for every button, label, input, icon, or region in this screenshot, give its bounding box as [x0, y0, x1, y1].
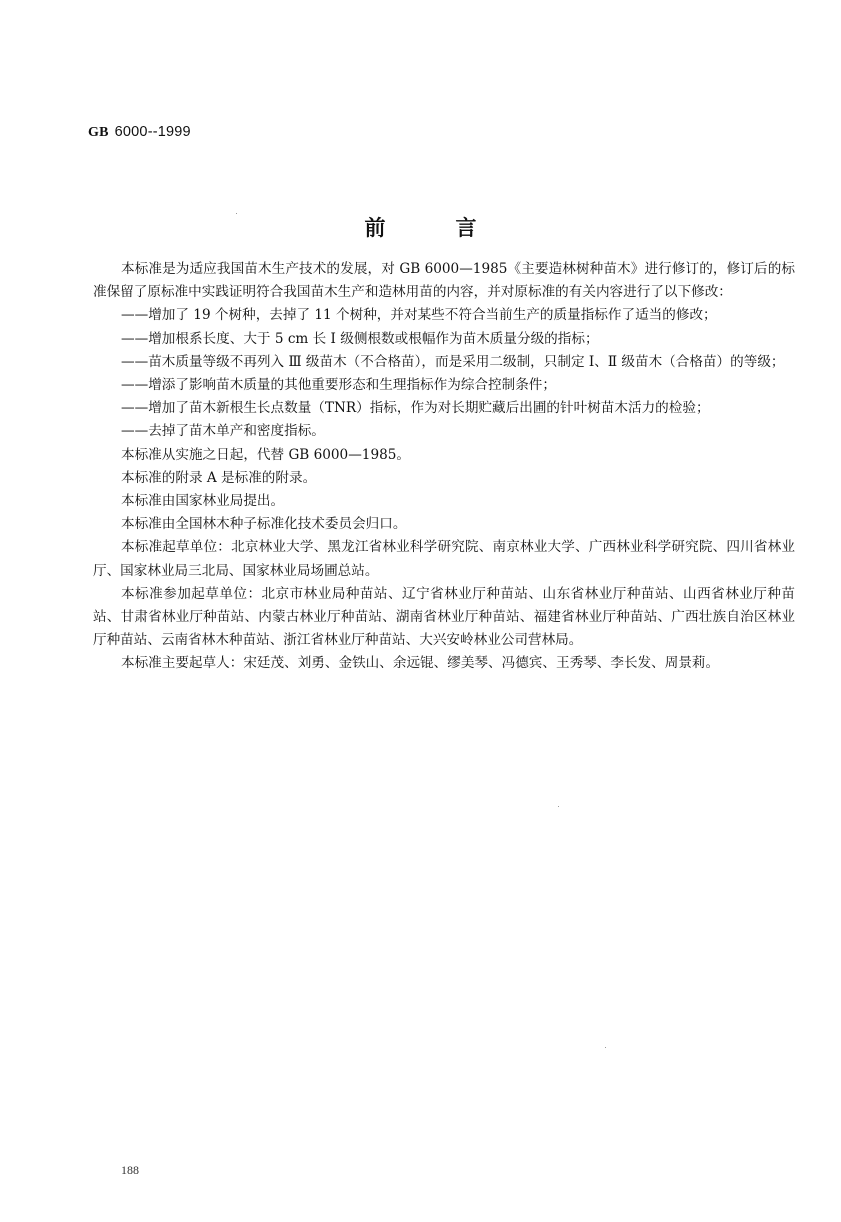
paragraph-centralized-by: 本标准由全国林木种子标准化技术委员会归口。: [93, 513, 795, 536]
standard-code: GB6000--1999: [88, 124, 191, 141]
foreword-body: 本标准是为适应我国苗木生产技术的发展，对 GB 6000—1985《主要造林树种…: [93, 258, 795, 676]
scan-speck: [558, 806, 559, 807]
paragraph-participating-units: 本标准参加起草单位：北京市林业局种苗站、辽宁省林业厅种苗站、山东省林业厅种苗站、…: [93, 583, 795, 653]
paragraph-appendix: 本标准的附录 A 是标准的附录。: [93, 467, 795, 490]
paragraph-replaces: 本标准从实施之日起，代替 GB 6000—1985。: [93, 444, 795, 467]
paragraph-drafters: 本标准主要起草人：宋廷茂、刘勇、金铁山、余远锟、缪美琴、冯德宾、王秀琴、李长发、…: [93, 652, 795, 675]
revision-item: ——增加根系长度、大于 5 cm 长 Ⅰ 级侧根数或根幅作为苗木质量分级的指标；: [93, 328, 795, 351]
revision-item: ——苗木质量等级不再列入 Ⅲ 级苗木（不合格苗），而是采用二级制，只制定 Ⅰ、Ⅱ…: [93, 351, 795, 374]
standard-prefix: GB: [88, 125, 109, 140]
document-page: GB6000--1999 前言 本标准是为适应我国苗木生产技术的发展，对 GB …: [0, 0, 841, 1222]
revision-item: ——增添了影响苗木质量的其他重要形态和生理指标作为综合控制条件；: [93, 374, 795, 397]
title-char-1: 前: [365, 216, 386, 240]
title-char-2: 言: [456, 216, 477, 240]
revision-item: ——增加了苗木新根生长点数量（TNR）指标，作为对长期贮藏后出圃的针叶树苗木活力…: [93, 397, 795, 420]
scan-speck: [605, 1047, 606, 1048]
paragraph-drafting-units: 本标准起草单位：北京林业大学、黑龙江省林业科学研究院、南京林业大学、广西林业科学…: [93, 536, 795, 582]
paragraph-proposed-by: 本标准由国家林业局提出。: [93, 490, 795, 513]
paragraph-intro: 本标准是为适应我国苗木生产技术的发展，对 GB 6000—1985《主要造林树种…: [93, 258, 795, 304]
scan-speck: [236, 213, 237, 214]
page-title: 前言: [0, 212, 841, 242]
revision-item: ——去掉了苗木单产和密度指标。: [93, 420, 795, 443]
page-number: 188: [121, 1163, 139, 1178]
revision-item: ——增加了 19 个树种，去掉了 11 个树种，并对某些不符合当前生产的质量指标…: [93, 304, 795, 327]
standard-number: 6000--1999: [115, 124, 191, 140]
